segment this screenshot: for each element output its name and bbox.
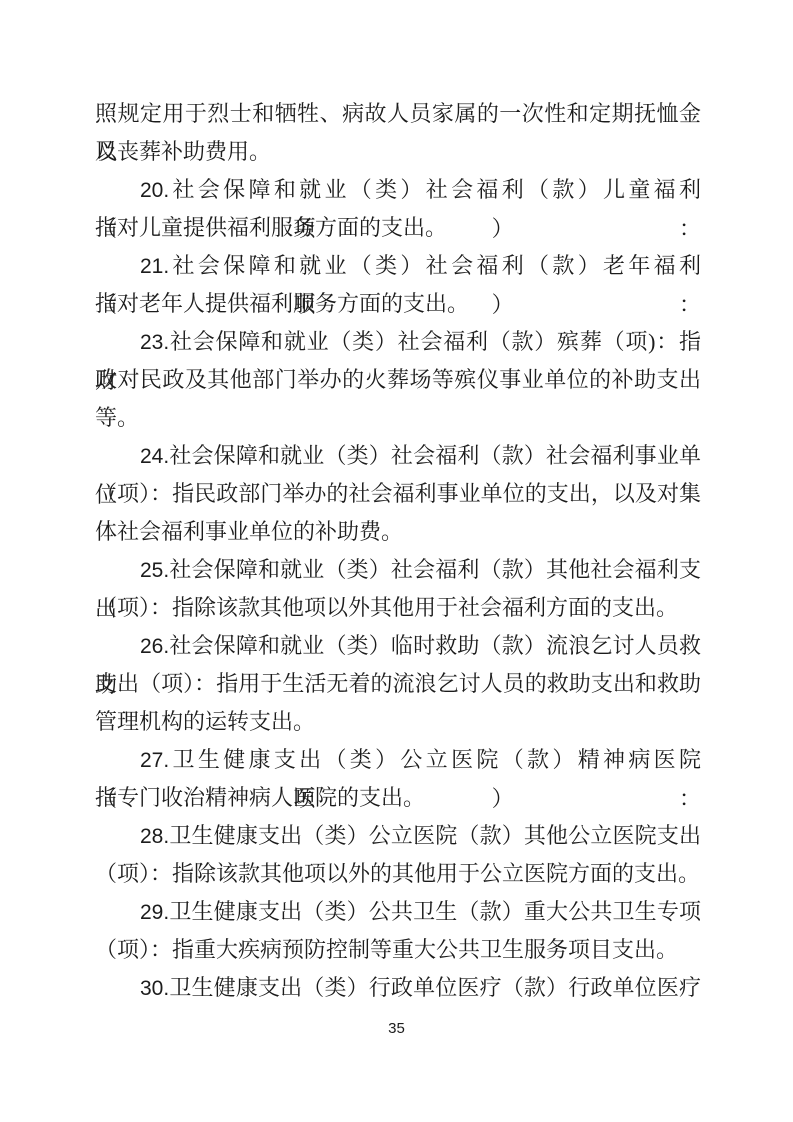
text-line: 管理机构的运转支出。: [95, 703, 701, 741]
paragraph-number: 20.: [140, 179, 169, 202]
paragraph: 26.社会保障和就业（类）临时救助（款）流浪乞讨人员救助支出（项）：指用于生活无…: [95, 627, 701, 741]
text-line: 28.卫生健康支出（类）公立医院（款）其他公立医院支出: [95, 817, 701, 855]
paragraph: 23.社会保障和就业（类）社会福利（款）殡葬（项)：指财政对民政及其他部门举办的…: [95, 323, 701, 437]
paragraph-number: 27.: [140, 749, 169, 772]
text-line: 27.卫生健康支出（类）公立医院（款）精神病医院（项）：: [95, 741, 701, 779]
text-line: 等。: [95, 399, 701, 437]
text-line: 23.社会保障和就业（类）社会福利（款）殡葬（项)：指财: [95, 323, 701, 361]
paragraph: 30.卫生健康支出（类）行政单位医疗（款）行政单位医疗: [95, 969, 701, 1007]
text-line: 20.社会保障和就业（类）社会福利（款）儿童福利（项）：: [95, 171, 701, 209]
line-text: 卫生健康支出（类）公立医院（款）其他公立医院支出: [169, 823, 701, 848]
paragraph-number: 23.: [140, 331, 169, 354]
text-line: （项）：指除该款其他项以外的其他用于公立医院方面的支出。: [95, 855, 701, 893]
document-page: 照规定用于烈士和牺牲、病故人员家属的一次性和定期抚恤金以及丧葬补助费用。20.社…: [0, 0, 793, 1122]
text-line: 25.社会保障和就业（类）社会福利（款）其他社会福利支出: [95, 551, 701, 589]
line-text: 卫生健康支出（类）公共卫生（款）重大公共卫生专项: [169, 899, 701, 924]
paragraph: 20.社会保障和就业（类）社会福利（款）儿童福利（项）：指对儿童提供福利服务方面…: [95, 171, 701, 247]
paragraph-number: 21.: [140, 255, 169, 278]
page-number: 35: [388, 1020, 405, 1037]
text-line: 照规定用于烈士和牺牲、病故人员家属的一次性和定期抚恤金以: [95, 95, 701, 133]
document-body: 照规定用于烈士和牺牲、病故人员家属的一次性和定期抚恤金以及丧葬补助费用。20.社…: [95, 95, 701, 1007]
text-line: 支出（项）：指用于生活无着的流浪乞讨人员的救助支出和救助: [95, 665, 701, 703]
paragraph: 照规定用于烈士和牺牲、病故人员家属的一次性和定期抚恤金以及丧葬补助费用。: [95, 95, 701, 171]
paragraph-number: 28.: [140, 825, 169, 848]
paragraph-number: 24.: [140, 445, 169, 468]
paragraph-number: 29.: [140, 901, 169, 924]
text-line: 政对民政及其他部门举办的火葬场等殡仪事业单位的补助支出: [95, 361, 701, 399]
paragraph-number: 25.: [140, 559, 169, 582]
text-line: （项）：指除该款其他项以外其他用于社会福利方面的支出。: [95, 589, 701, 627]
line-text: 卫生健康支出（类）行政单位医疗（款）行政单位医疗: [169, 975, 701, 1000]
paragraph: 27.卫生健康支出（类）公立医院（款）精神病医院（项）：指专门收治精神病人医院的…: [95, 741, 701, 817]
page-footer: 35: [0, 1020, 793, 1038]
text-line: 21.社会保障和就业（类）社会福利（款）老年福利（项）：: [95, 247, 701, 285]
paragraph-number: 26.: [140, 635, 169, 658]
text-line: （项）：指重大疾病预防控制等重大公共卫生服务项目支出。: [95, 931, 701, 969]
paragraph: 21.社会保障和就业（类）社会福利（款）老年福利（项）：指对老年人提供福利服务方…: [95, 247, 701, 323]
text-line: 及丧葬补助费用。: [95, 133, 701, 171]
text-line: 29.卫生健康支出（类）公共卫生（款）重大公共卫生专项: [95, 893, 701, 931]
paragraph: 29.卫生健康支出（类）公共卫生（款）重大公共卫生专项（项）：指重大疾病预防控制…: [95, 893, 701, 969]
text-line: 体社会福利事业单位的补助费。: [95, 513, 701, 551]
paragraph: 28.卫生健康支出（类）公立医院（款）其他公立医院支出（项）：指除该款其他项以外…: [95, 817, 701, 893]
text-line: 24.社会保障和就业（类）社会福利（款）社会福利事业单位: [95, 437, 701, 475]
paragraph-number: 30.: [140, 977, 169, 1000]
paragraph: 25.社会保障和就业（类）社会福利（款）其他社会福利支出（项）：指除该款其他项以…: [95, 551, 701, 627]
text-line: （项）：指民政部门举办的社会福利事业单位的支出，以及对集: [95, 475, 701, 513]
text-line: 26.社会保障和就业（类）临时救助（款）流浪乞讨人员救助: [95, 627, 701, 665]
text-line: 30.卫生健康支出（类）行政单位医疗（款）行政单位医疗: [95, 969, 701, 1007]
paragraph: 24.社会保障和就业（类）社会福利（款）社会福利事业单位（项）：指民政部门举办的…: [95, 437, 701, 551]
